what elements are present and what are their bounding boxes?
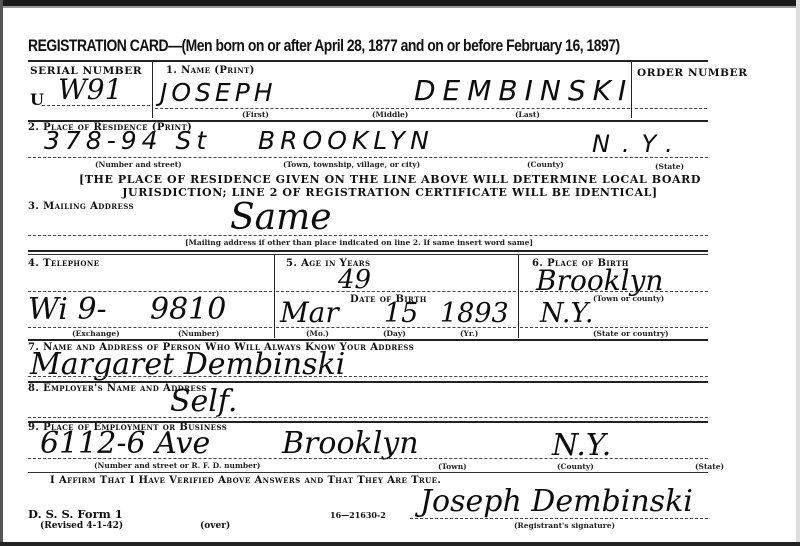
- telephone-number-value: 9810: [150, 292, 226, 327]
- divider: [631, 62, 632, 118]
- residence-street-value: 378-94 St: [44, 126, 211, 155]
- order-number-line: [635, 108, 707, 109]
- name-last-value: DEMBINSKI: [414, 74, 633, 107]
- telephone-label: 4. Telephone: [28, 258, 99, 269]
- birthplace-state-value: N.Y.: [540, 298, 593, 329]
- mailing-line: [28, 235, 708, 236]
- divider: [28, 339, 708, 341]
- birthplace-town-line: [520, 291, 708, 292]
- employment-street-caption: (Number and street or R. F. D. number): [94, 461, 260, 470]
- name-line: [155, 108, 630, 109]
- notice-line-1: [THE PLACE OF RESIDENCE GIVEN ON THE LIN…: [70, 173, 710, 186]
- divider: [152, 62, 153, 118]
- form-revised: (Revised 4-1-42): [40, 521, 123, 531]
- telephone-exchange-value: Wi 9-: [28, 292, 107, 327]
- divider: [28, 472, 708, 473]
- signature-line: [410, 518, 708, 519]
- birthplace-state-line: [520, 327, 708, 328]
- town-caption: (Town, township, village, or city): [283, 160, 420, 169]
- dob-month-value: Mar: [280, 296, 339, 329]
- scan-bottom-edge: [0, 542, 800, 546]
- scan-top-edge-shadow: [0, 6, 800, 8]
- number-caption: (Number): [178, 329, 219, 338]
- first-caption: (First): [242, 110, 269, 119]
- dob-day-value: 15: [384, 298, 418, 329]
- affirmation-text: I Affirm That I Have Verified Above Answ…: [50, 475, 441, 486]
- form-name: D. S. S. Form 1: [28, 507, 123, 521]
- signature-caption: (Registrant's signature): [514, 521, 615, 530]
- divider: [28, 250, 708, 252]
- mailing-address-label: 3. Mailing Address: [28, 201, 134, 212]
- name-first-value: JOSEPH: [160, 78, 277, 107]
- mailing-address-value: Same: [230, 197, 332, 238]
- form-over: (over): [200, 521, 230, 531]
- employment-town-caption: (Town): [438, 462, 467, 471]
- year-caption: (Yr.): [460, 329, 478, 338]
- residence-notice: [THE PLACE OF RESIDENCE GIVEN ON THE LIN…: [70, 173, 710, 199]
- employment-town-value: Brooklyn: [282, 426, 419, 461]
- residence-line: [28, 157, 708, 158]
- employment-street-value: 6112-6 Ave: [40, 426, 210, 461]
- employer-value: Self.: [170, 384, 237, 419]
- middle-caption: (Middle): [372, 110, 408, 119]
- residence-state-value: N.Y.: [592, 130, 685, 158]
- exchange-caption: (Exchange): [72, 329, 120, 338]
- residence-town-value: BROOKLYN: [258, 126, 434, 155]
- signature-value: Joseph Dembinski: [420, 484, 693, 519]
- divider: [518, 254, 519, 338]
- employer-line: [28, 417, 708, 418]
- birthplace-state-caption: (State or country): [593, 329, 669, 338]
- mailing-caption: [Mailing address if other than place ind…: [185, 238, 533, 247]
- employment-line: [28, 458, 708, 459]
- county-caption: (County): [527, 160, 564, 169]
- birthplace-town-value: Brooklyn: [536, 264, 663, 297]
- month-caption: (Mo.): [306, 329, 329, 338]
- serial-number-value: W91: [58, 73, 122, 106]
- divider: [274, 254, 275, 338]
- card-title: REGISTRATION CARD—(Men born on or after …: [28, 36, 620, 56]
- divider: [28, 254, 708, 255]
- employment-county-caption: (County): [557, 462, 594, 471]
- divider: [28, 60, 708, 62]
- scan-left-edge: [0, 0, 3, 546]
- serial-prefix: U: [30, 90, 44, 109]
- name-label: 1. Name (Print): [166, 65, 255, 76]
- print-code: 16—21630-2: [330, 510, 386, 520]
- birthplace-town-caption: (Town or county): [593, 294, 664, 303]
- contact-line: [28, 376, 708, 377]
- dob-line: [276, 327, 516, 328]
- state-caption: (State): [655, 162, 684, 171]
- last-caption: (Last): [515, 110, 540, 119]
- employment-state-caption: (State): [695, 462, 724, 471]
- age-line: [276, 291, 516, 292]
- telephone-line: [28, 327, 272, 328]
- dob-year-value: 1893: [440, 298, 509, 329]
- notice-line-2: JURISDICTION; LINE 2 OF REGISTRATION CER…: [70, 186, 710, 199]
- scan-right-edge: [796, 0, 800, 546]
- street-caption: (Number and street): [95, 160, 182, 169]
- day-caption: (Day): [383, 329, 406, 338]
- order-number-label: ORDER NUMBER: [637, 67, 748, 79]
